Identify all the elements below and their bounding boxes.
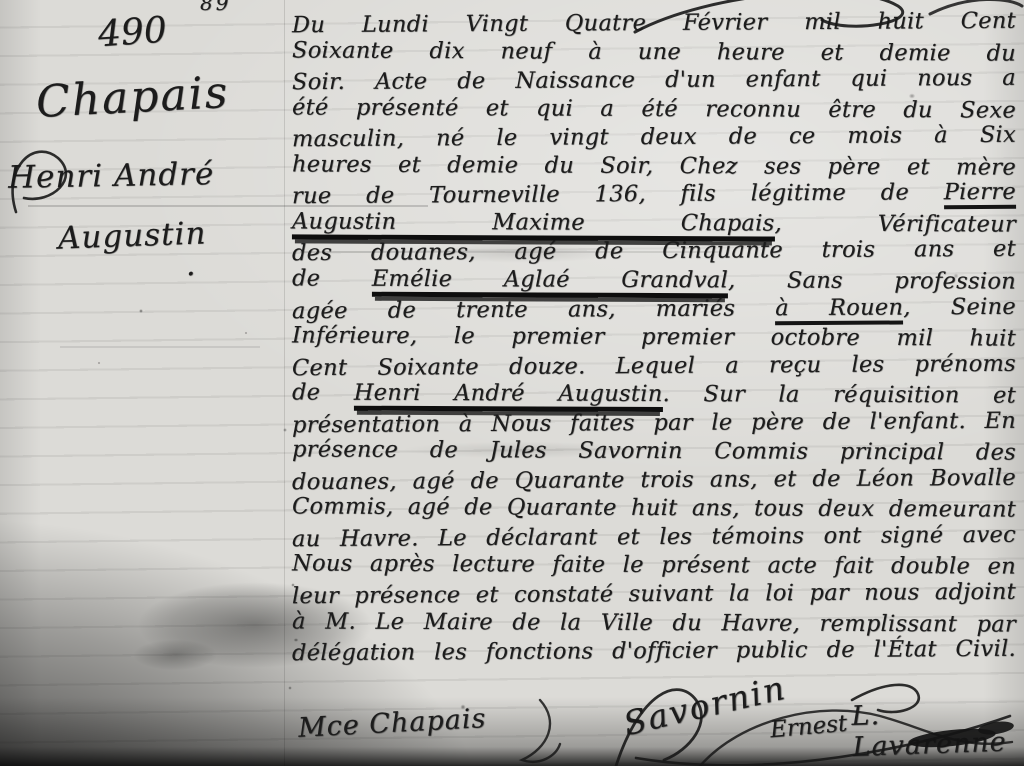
register-scan-page: 89 490 Chapais Henri André Augustin . Du… [0,0,1024,766]
act-text-line: agée de trente ans, mariés à Rouen, Sein… [292,293,1016,326]
act-text-line: présentation à Nous faites par le père d… [292,407,1016,440]
underlined-name: Henri André Augustin [354,380,663,412]
underlined-name: Emélie Aglaé Grandval [372,266,728,299]
text-segment: Cent Soixante douze. Lequel a reçu les p… [292,350,1016,380]
act-text-line: rue de Tourneville 136, fils légitime de… [292,179,1016,212]
act-text-line: été présenté et qui a été reconnu être d… [292,94,1016,126]
text-segment: été présenté et qui a été reconnu être d… [292,94,1016,123]
text-segment: Inférieure, le premier premier octobre m… [292,322,1016,351]
underlined-name: à Rouen [775,294,903,325]
act-text-line: Commis, agé de Quarante huit ans, tous d… [292,494,1016,526]
text-segment: à M. Le Maire de la Ville du Havre, remp… [292,608,1016,637]
text-segment: masculin, né le vingt deux de ce mois à … [292,122,1016,152]
act-text-line: Soir. Acte de Naissance d'un enfant qui … [292,65,1016,98]
text-segment: Soir. Acte de Naissance d'un enfant qui … [292,65,1016,95]
act-text-line: des douanes, agé de Cinquante trois ans … [292,236,1016,269]
act-text-line: délégation les fonctions d'officier publ… [292,636,1016,669]
act-text-line: leur présence et constaté suivant la loi… [292,579,1016,612]
text-segment: au Havre. Le déclarant et les témoins on… [292,522,1016,552]
text-segment: Du Lundi Vingt Quatre Février mil huit C… [292,8,1016,38]
text-segment: heures et demie du Soir, Chez ses père e… [292,151,1016,180]
act-text-line: présence de Jules Savornin Commis princi… [292,437,1016,469]
underlined-name: Augustin Maxime Chapais [292,208,775,241]
text-segment: rue de Tourneville 136, fils légitime de [292,180,944,210]
act-text-line: Cent Soixante douze. Lequel a reçu les p… [292,350,1016,383]
text-segment: de [292,380,354,406]
text-segment: de [292,265,372,291]
underlined-name: Pierre [944,179,1016,209]
act-text-line: Inférieure, le premier premier octobre m… [292,322,1016,354]
text-segment: délégation les fonctions d'officier publ… [292,636,1016,666]
text-segment: douanes, agé de Quarante trois ans, et d… [292,465,1016,495]
text-segment: présence de Jules Savornin Commis princi… [292,437,1016,466]
act-text-line: Nous après lecture faite le présent acte… [292,551,1016,583]
act-text-line: Du Lundi Vingt Quatre Février mil huit C… [292,8,1016,41]
act-text-line: Soixante dix neuf à une heure et demie d… [292,37,1016,69]
text-segment: Soixante dix neuf à une heure et demie d… [292,37,1016,66]
act-text-line: de Emélie Aglaé Grandval, Sans professio… [292,265,1016,297]
act-text-line: de Henri André Augustin. Sur la réquisit… [292,380,1016,412]
text-segment: . Sur la réquisition et [663,381,1017,409]
act-text-line: à M. Le Maire de la Ville du Havre, remp… [292,608,1016,640]
text-segment: leur présence et constaté suivant la loi… [292,579,1016,609]
body-text: Du Lundi Vingt Quatre Février mil huit C… [0,0,1024,766]
signature: L. Lavarenne [851,695,1024,763]
text-segment: , Seine [903,293,1016,320]
text-segment: des douanes, agé de Cinquante trois ans … [292,236,1016,266]
text-segment: , Vérificateur [774,210,1016,237]
text-segment: Commis, agé de Quarante huit ans, tous d… [292,494,1016,523]
text-segment: Nous après lecture faite le présent acte… [292,551,1016,580]
text-segment: agée de trente ans, mariés [292,295,775,324]
text-segment: présentation à Nous faites par le père d… [292,407,1016,437]
text-segment: , Sans profession [728,267,1016,294]
act-text-line: masculin, né le vingt deux de ce mois à … [292,122,1016,155]
